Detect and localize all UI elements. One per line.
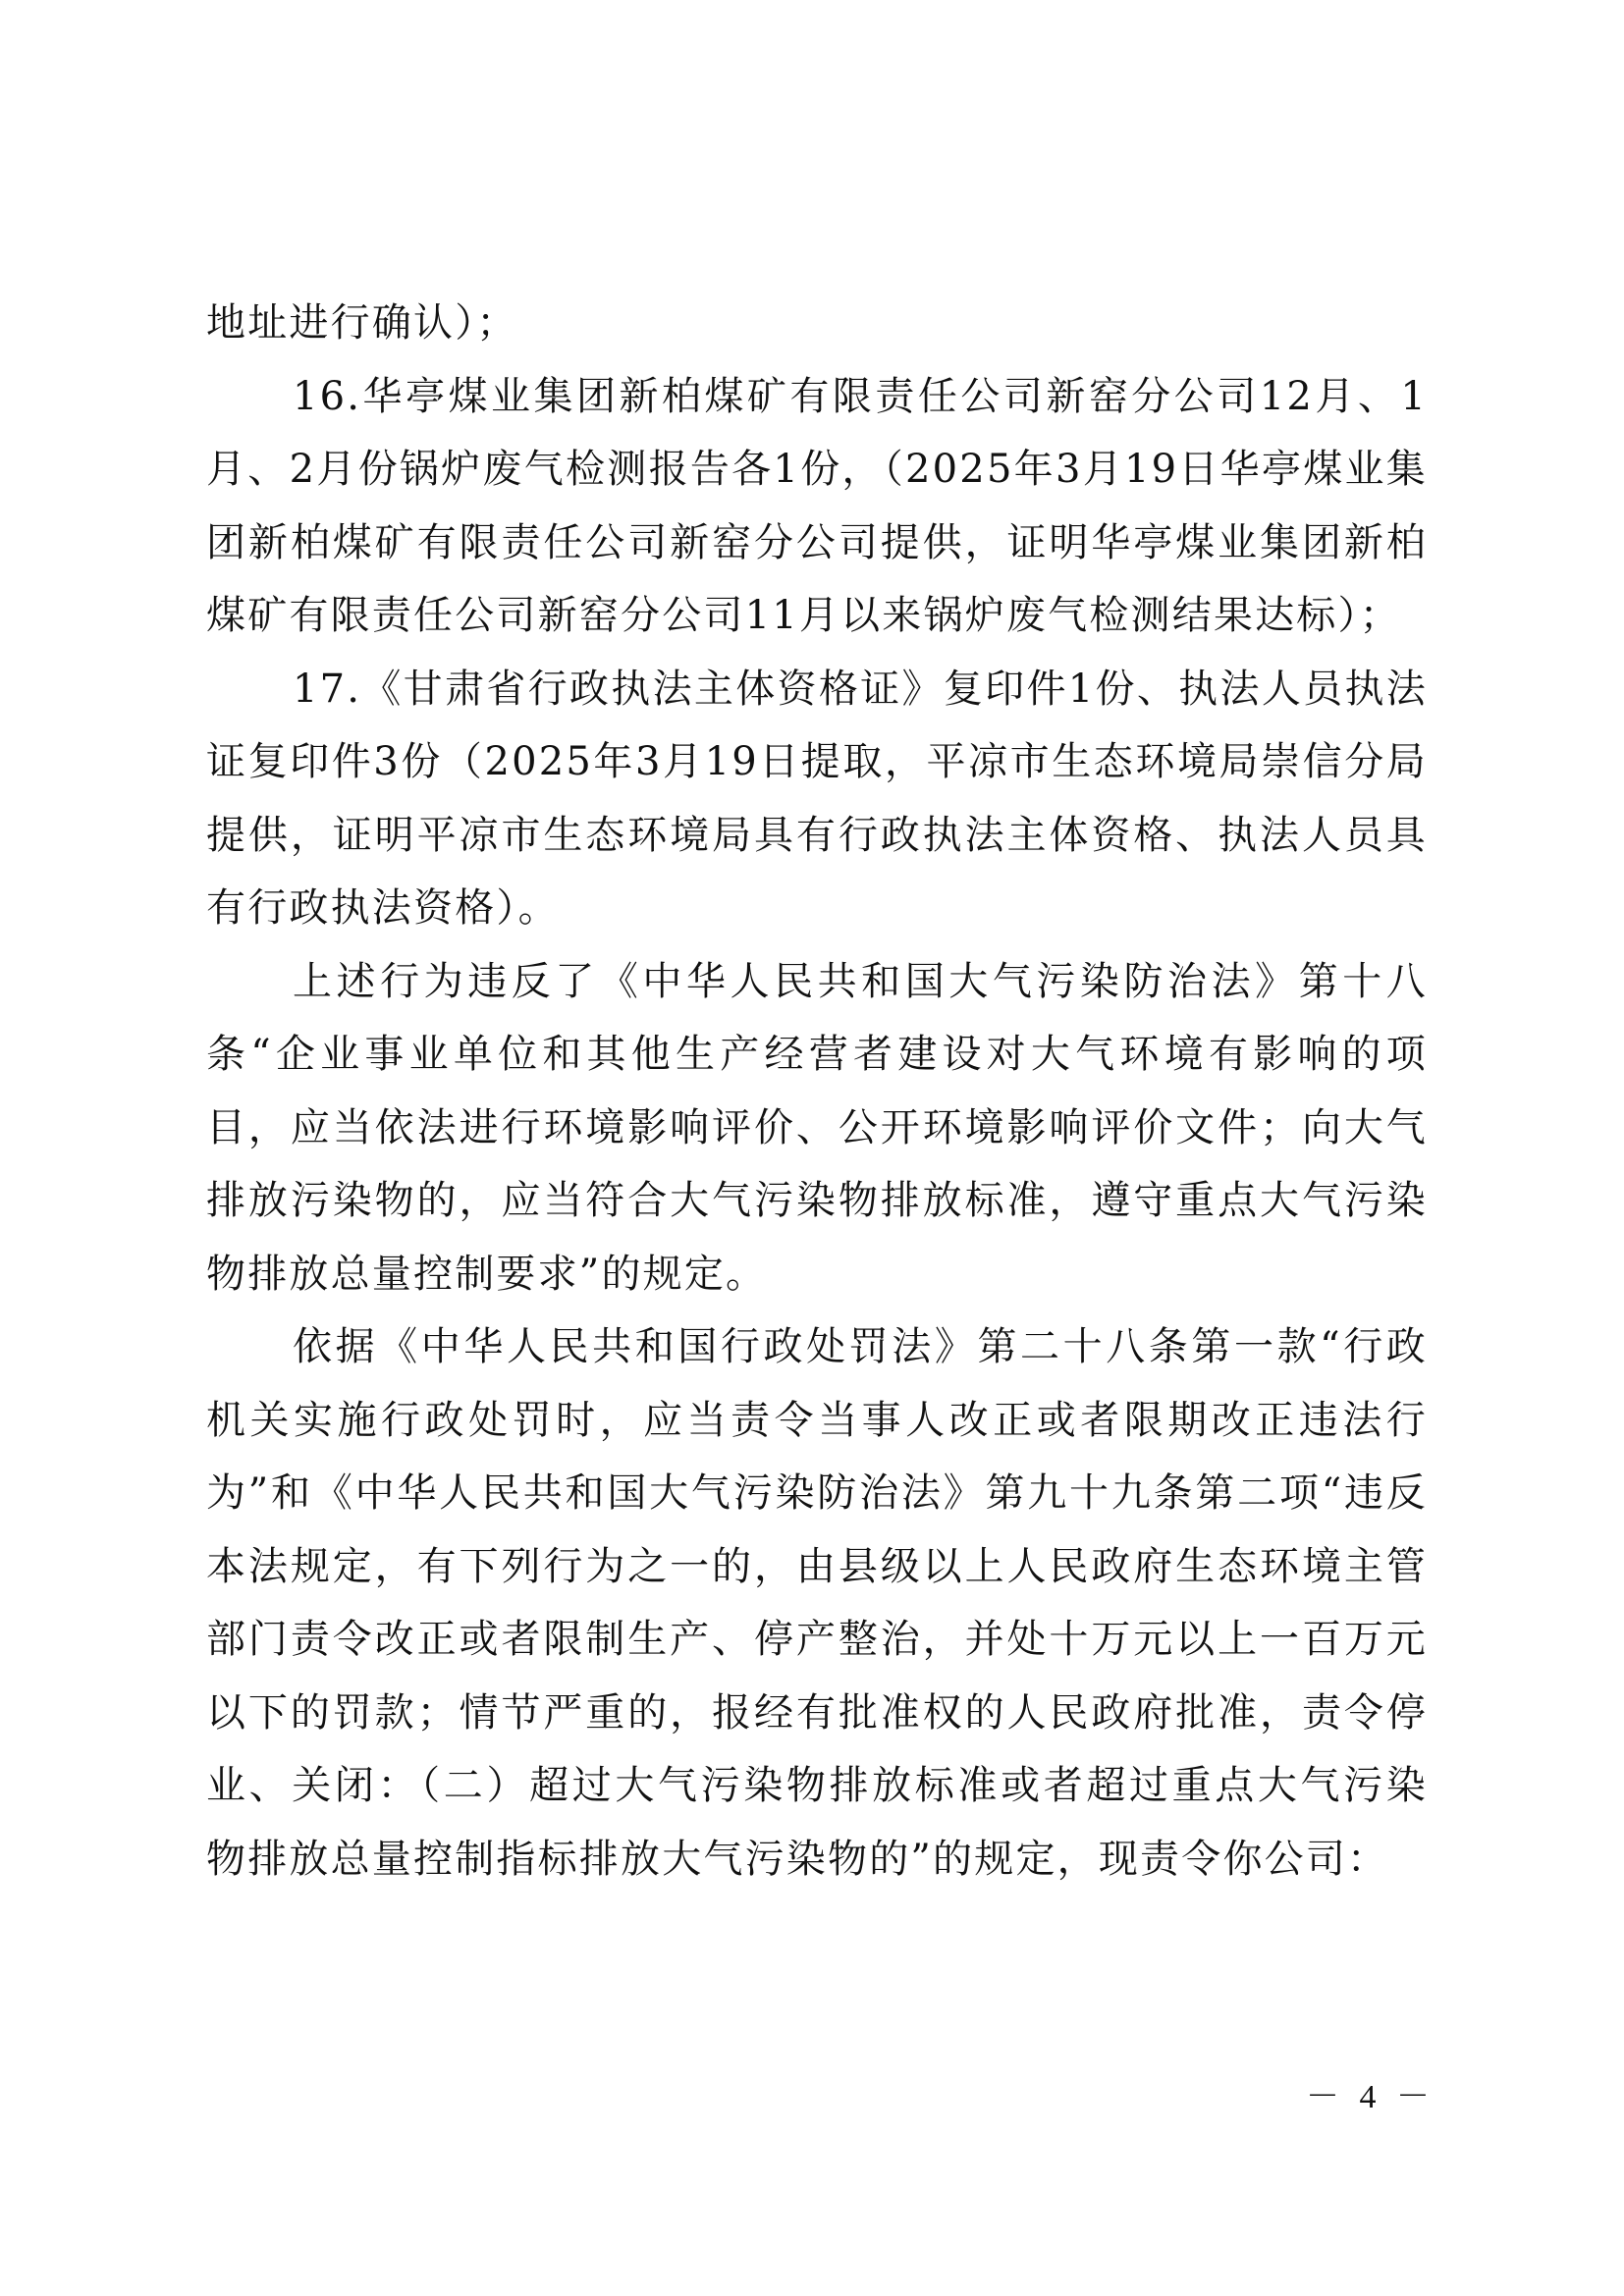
paragraph-violation-statement: 上述行为违反了《中华人民共和国大气污染防治法》第十八条“企业事业单位和其他生产经… (206, 945, 1428, 1311)
paragraph-evidence-item-17: 17.《甘肃省行政执法主体资格证》复印件1份、执法人员执法证复印件3份（2025… (206, 653, 1428, 945)
paragraph-address-confirm: 地址进行确认）； (206, 287, 1428, 360)
document-body: 地址进行确认）； 16.华亭煤业集团新柏煤矿有限责任公司新窑分公司12月、1月、… (206, 287, 1428, 1896)
document-page: 地址进行确认）； 16.华亭煤业集团新柏煤矿有限责任公司新窑分公司12月、1月、… (0, 0, 1624, 2296)
paragraph-evidence-item-16: 16.华亭煤业集团新柏煤矿有限责任公司新窑分公司12月、1月、2月份锅炉废气检测… (206, 360, 1428, 653)
page-number: － 4 － (1306, 2069, 1435, 2117)
paragraph-legal-basis: 依据《中华人民共和国行政处罚法》第二十八条第一款“行政机关实施行政处罚时，应当责… (206, 1310, 1428, 1896)
